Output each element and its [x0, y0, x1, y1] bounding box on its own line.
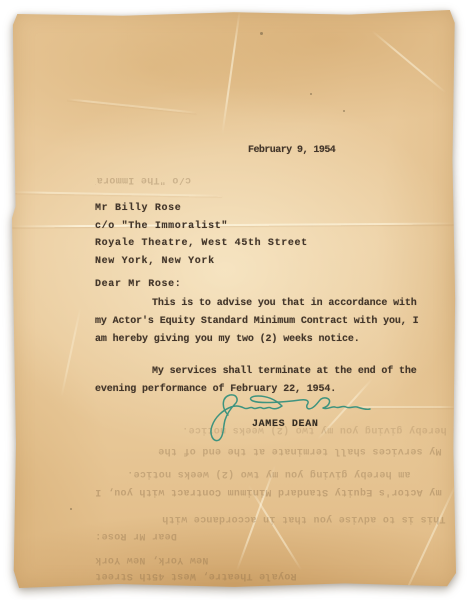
paper-crease [248, 485, 302, 571]
bleed-through-line: am hereby giving you my two (2) weeks no… [127, 468, 411, 479]
paper-crease [67, 98, 196, 113]
paper-speck [70, 508, 72, 510]
bleed-through-line: This is to advise you that in accordance… [162, 513, 446, 524]
recipient-name: Mr Billy Rose [95, 203, 181, 214]
typed-signature-name: JAMES DEAN [252, 419, 319, 430]
bleed-through-line: my Actor's Equity Standard Minimum Contr… [95, 486, 442, 497]
letter-paper-wrap: c/o "The Immoralist" am hereby giving yo… [12, 10, 456, 588]
paper-speck [260, 32, 263, 35]
paper-crease [12, 222, 456, 227]
body-line: my Actor's Equity Standard Minimum Contr… [95, 316, 418, 327]
bleed-through-line: c/o "The Immoralist" [95, 174, 191, 185]
letter-date: February 9, 1954 [248, 145, 335, 156]
recipient-city: New York, New York [95, 256, 215, 267]
body-line: My services shall terminate at the end o… [152, 366, 417, 377]
body-line: This is to advise you that in accordance… [152, 298, 417, 309]
paper-crease [401, 484, 456, 600]
paper-speck [310, 93, 312, 95]
scan-background: c/o "The Immoralist" am hereby giving yo… [0, 0, 470, 600]
paper-crease [12, 191, 222, 196]
paper-crease [371, 31, 446, 94]
bleed-through-line: Royale Theatre, West 45th Street [95, 570, 297, 581]
recipient-street: Royale Theatre, West 45th Street [95, 238, 308, 249]
letter-paper: c/o "The Immoralist" am hereby giving yo… [12, 10, 456, 588]
recipient-care-of: c/o "The Immoralist" [95, 221, 228, 232]
bleed-through-line: Dear Mr Rose: [95, 530, 177, 541]
paper-crease [60, 307, 81, 397]
body-line: am hereby giving you my two (2) weeks no… [95, 334, 360, 345]
paper-crease [221, 11, 240, 135]
paper-speck [343, 110, 345, 112]
bleed-through-line: New York, New York [95, 554, 208, 565]
salutation: Dear Mr Rose: [95, 279, 181, 290]
